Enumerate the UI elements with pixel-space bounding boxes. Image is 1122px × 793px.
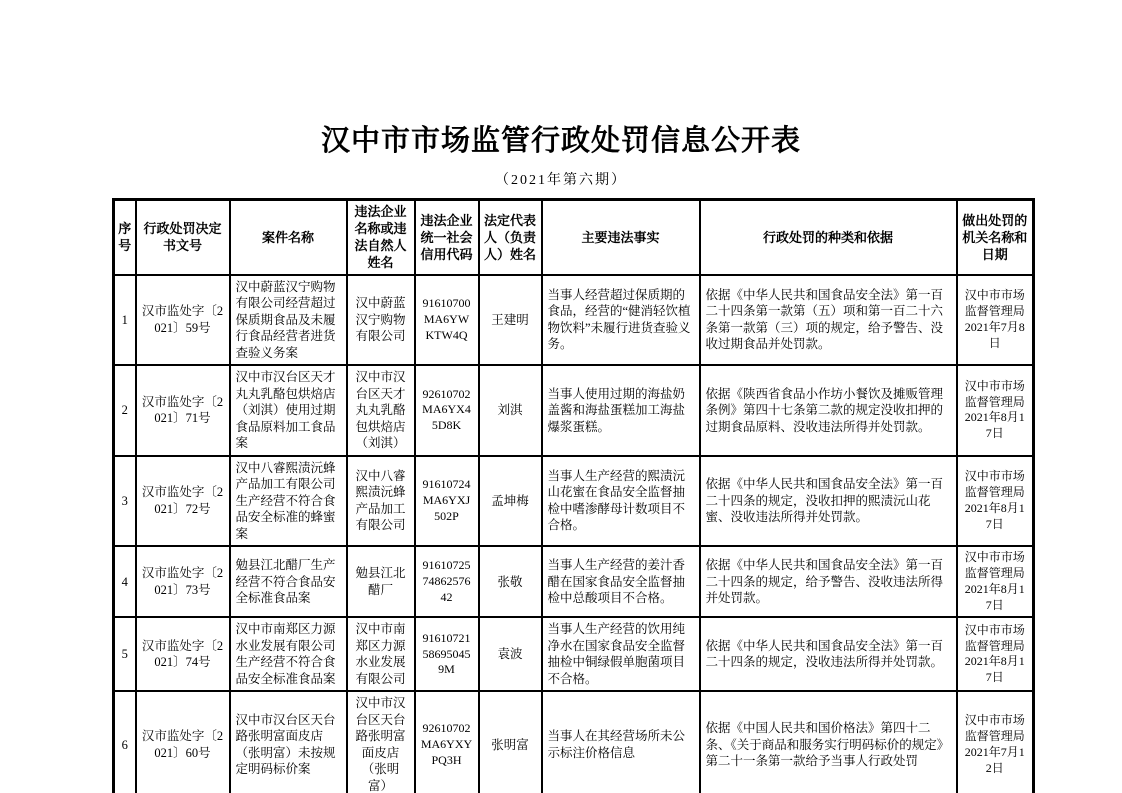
authority-date: 2021年8月17日 [963, 582, 1028, 614]
table-row: 4 汉市监处字〔2021〕73号 勉县江北醋厂生产经营不符合食品安全标准食品案 … [114, 546, 1034, 617]
authority-org: 汉中市市场监督管理局 [963, 379, 1028, 411]
header-penalty: 行政处罚的种类和依据 [700, 200, 957, 275]
cell-company: 汉中蔚蓝汉宁购物有限公司 [347, 275, 415, 366]
table-row: 3 汉市监处字〔2021〕72号 汉中八睿熙渍沅蜂产品加工有限公司生产经营不符合… [114, 456, 1034, 547]
header-credit-code: 违法企业统一社会信用代码 [415, 200, 479, 275]
cell-authority: 汉中市市场监督管理局 2021年8月17日 [957, 617, 1034, 691]
header-legal-rep: 法定代表人（负责人）姓名 [479, 200, 542, 275]
authority-org: 汉中市市场监督管理局 [963, 550, 1028, 582]
header-company: 违法企业名称或违法自然人姓名 [347, 200, 415, 275]
cell-doc-no: 汉市监处字〔2021〕60号 [136, 691, 230, 793]
cell-doc-no: 汉市监处字〔2021〕59号 [136, 275, 230, 366]
header-case-name: 案件名称 [230, 200, 347, 275]
cell-company: 勉县江北醋厂 [347, 546, 415, 617]
authority-date: 2021年8月17日 [963, 501, 1028, 533]
cell-doc-no: 汉市监处字〔2021〕73号 [136, 546, 230, 617]
cell-seq: 1 [114, 275, 136, 366]
cell-seq: 2 [114, 365, 136, 456]
authority-org: 汉中市市场监督管理局 [963, 288, 1028, 320]
cell-doc-no: 汉市监处字〔2021〕71号 [136, 365, 230, 456]
cell-seq: 6 [114, 691, 136, 793]
cell-credit-code: 92610702MA6YXYPQ3H [415, 691, 479, 793]
cell-authority: 汉中市市场监督管理局 2021年7月8日 [957, 275, 1034, 366]
cell-penalty: 依据《中国人民共和国价格法》第四十二条、《关于商品和服务实行明码标价的规定》第二… [700, 691, 957, 793]
cell-case-name: 汉中八睿熙渍沅蜂产品加工有限公司生产经营不符合食品安全标准的蜂蜜案 [230, 456, 347, 547]
cell-facts: 当事人在其经营场所未公示标注价格信息 [542, 691, 700, 793]
table-row: 6 汉市监处字〔2021〕60号 汉中市汉台区天台路张明富面皮店（张明富）未按规… [114, 691, 1034, 793]
cell-legal-rep: 孟坤梅 [479, 456, 542, 547]
cell-penalty: 依据《陕西省食品小作坊小餐饮及摊贩管理条例》第四十七条第二款的规定没收扣押的过期… [700, 365, 957, 456]
header-authority: 做出处罚的机关名称和日期 [957, 200, 1034, 275]
page-subtitle: （2021年第六期） [0, 169, 1122, 189]
cell-authority: 汉中市市场监督管理局 2021年8月17日 [957, 365, 1034, 456]
cell-facts: 当事人生产经营的姜汁香醋在国家食品安全监督抽检中总酸项目不合格。 [542, 546, 700, 617]
cell-penalty: 依据《中华人民共和国食品安全法》第一百二十四条的规定，给予警告、没收违法所得并处… [700, 546, 957, 617]
table-row: 2 汉市监处字〔2021〕71号 汉中市汉台区天才丸丸乳酪包烘焙店（刘淇）使用过… [114, 365, 1034, 456]
header-row: 序号 行政处罚决定书文号 案件名称 违法企业名称或违法自然人姓名 违法企业统一社… [114, 200, 1034, 275]
page-title: 汉中市市场监管行政处罚信息公开表 [0, 0, 1122, 159]
cell-case-name: 汉中市汉台区天才丸丸乳酪包烘焙店（刘淇）使用过期食品原料加工食品案 [230, 365, 347, 456]
cell-credit-code: 92610702MA6YX45D8K [415, 365, 479, 456]
cell-credit-code: 91610721586950459M [415, 617, 479, 691]
cell-legal-rep: 张敬 [479, 546, 542, 617]
cell-case-name: 汉中市汉台区天台路张明富面皮店（张明富）未按规定明码标价案 [230, 691, 347, 793]
cell-authority: 汉中市市场监督管理局 2021年8月17日 [957, 456, 1034, 547]
cell-case-name: 汉中蔚蓝汉宁购物有限公司经营超过保质期食品及未履行食品经营者进货查验义务案 [230, 275, 347, 366]
authority-date: 2021年8月17日 [963, 410, 1028, 442]
cell-facts: 当事人生产经营的熙渍沅山花蜜在食品安全监督抽检中嗜渗酵母计数项目不合格。 [542, 456, 700, 547]
header-doc-no: 行政处罚决定书文号 [136, 200, 230, 275]
authority-date: 2021年8月17日 [963, 654, 1028, 686]
cell-facts: 当事人生产经营的饮用纯净水在国家食品安全监督抽检中铜绿假单胞菌项目不合格。 [542, 617, 700, 691]
cell-legal-rep: 袁波 [479, 617, 542, 691]
table-row: 1 汉市监处字〔2021〕59号 汉中蔚蓝汉宁购物有限公司经营超过保质期食品及未… [114, 275, 1034, 366]
cell-doc-no: 汉市监处字〔2021〕72号 [136, 456, 230, 547]
cell-seq: 5 [114, 617, 136, 691]
cell-credit-code: 91610724MA6YXJ502P [415, 456, 479, 547]
cell-penalty: 依据《中华人民共和国食品安全法》第一百二十四条的规定，没收违法所得并处罚款。 [700, 617, 957, 691]
cell-seq: 3 [114, 456, 136, 547]
cell-case-name: 汉中市南郑区力源水业发展有限公司生产经营不符合食品安全标准食品案 [230, 617, 347, 691]
cell-facts: 当事人使用过期的海盐奶盖酱和海盐蛋糕加工海盐爆浆蛋糕。 [542, 365, 700, 456]
penalty-table: 序号 行政处罚决定书文号 案件名称 违法企业名称或违法自然人姓名 违法企业统一社… [112, 198, 1035, 793]
cell-credit-code: 916107257486257642 [415, 546, 479, 617]
cell-facts: 当事人经营超过保质期的食品，经营的“健消轻饮植物饮料”未履行进货查验义务。 [542, 275, 700, 366]
cell-company: 汉中市汉台区天才丸丸乳酪包烘焙店（刘淇） [347, 365, 415, 456]
cell-case-name: 勉县江北醋厂生产经营不符合食品安全标准食品案 [230, 546, 347, 617]
authority-org: 汉中市市场监督管理局 [963, 469, 1028, 501]
header-seq: 序号 [114, 200, 136, 275]
cell-penalty: 依据《中华人民共和国食品安全法》第一百二十四条第一款第（五）项和第一百二十六条第… [700, 275, 957, 366]
authority-org: 汉中市市场监督管理局 [963, 623, 1028, 655]
cell-company: 汉中八睿熙渍沅蜂产品加工有限公司 [347, 456, 415, 547]
header-facts: 主要违法事实 [542, 200, 700, 275]
cell-legal-rep: 刘淇 [479, 365, 542, 456]
cell-legal-rep: 王建明 [479, 275, 542, 366]
authority-date: 2021年7月12日 [963, 745, 1028, 777]
cell-legal-rep: 张明富 [479, 691, 542, 793]
cell-credit-code: 91610700MA6YWKTW4Q [415, 275, 479, 366]
cell-company: 汉中市汉台区天台路张明富面皮店（张明富） [347, 691, 415, 793]
cell-penalty: 依据《中华人民共和国食品安全法》第一百二十四条的规定，没收扣押的熙渍沅山花蜜、没… [700, 456, 957, 547]
authority-date: 2021年7月8日 [963, 320, 1028, 352]
cell-seq: 4 [114, 546, 136, 617]
document-page: 汉中市市场监管行政处罚信息公开表 （2021年第六期） 序号 行政处罚决定书文号… [0, 0, 1122, 793]
cell-authority: 汉中市市场监督管理局 2021年8月17日 [957, 546, 1034, 617]
cell-authority: 汉中市市场监督管理局 2021年7月12日 [957, 691, 1034, 793]
cell-doc-no: 汉市监处字〔2021〕74号 [136, 617, 230, 691]
cell-company: 汉中市南郑区力源水业发展有限公司 [347, 617, 415, 691]
authority-org: 汉中市市场监督管理局 [963, 713, 1028, 745]
table-row: 5 汉市监处字〔2021〕74号 汉中市南郑区力源水业发展有限公司生产经营不符合… [114, 617, 1034, 691]
